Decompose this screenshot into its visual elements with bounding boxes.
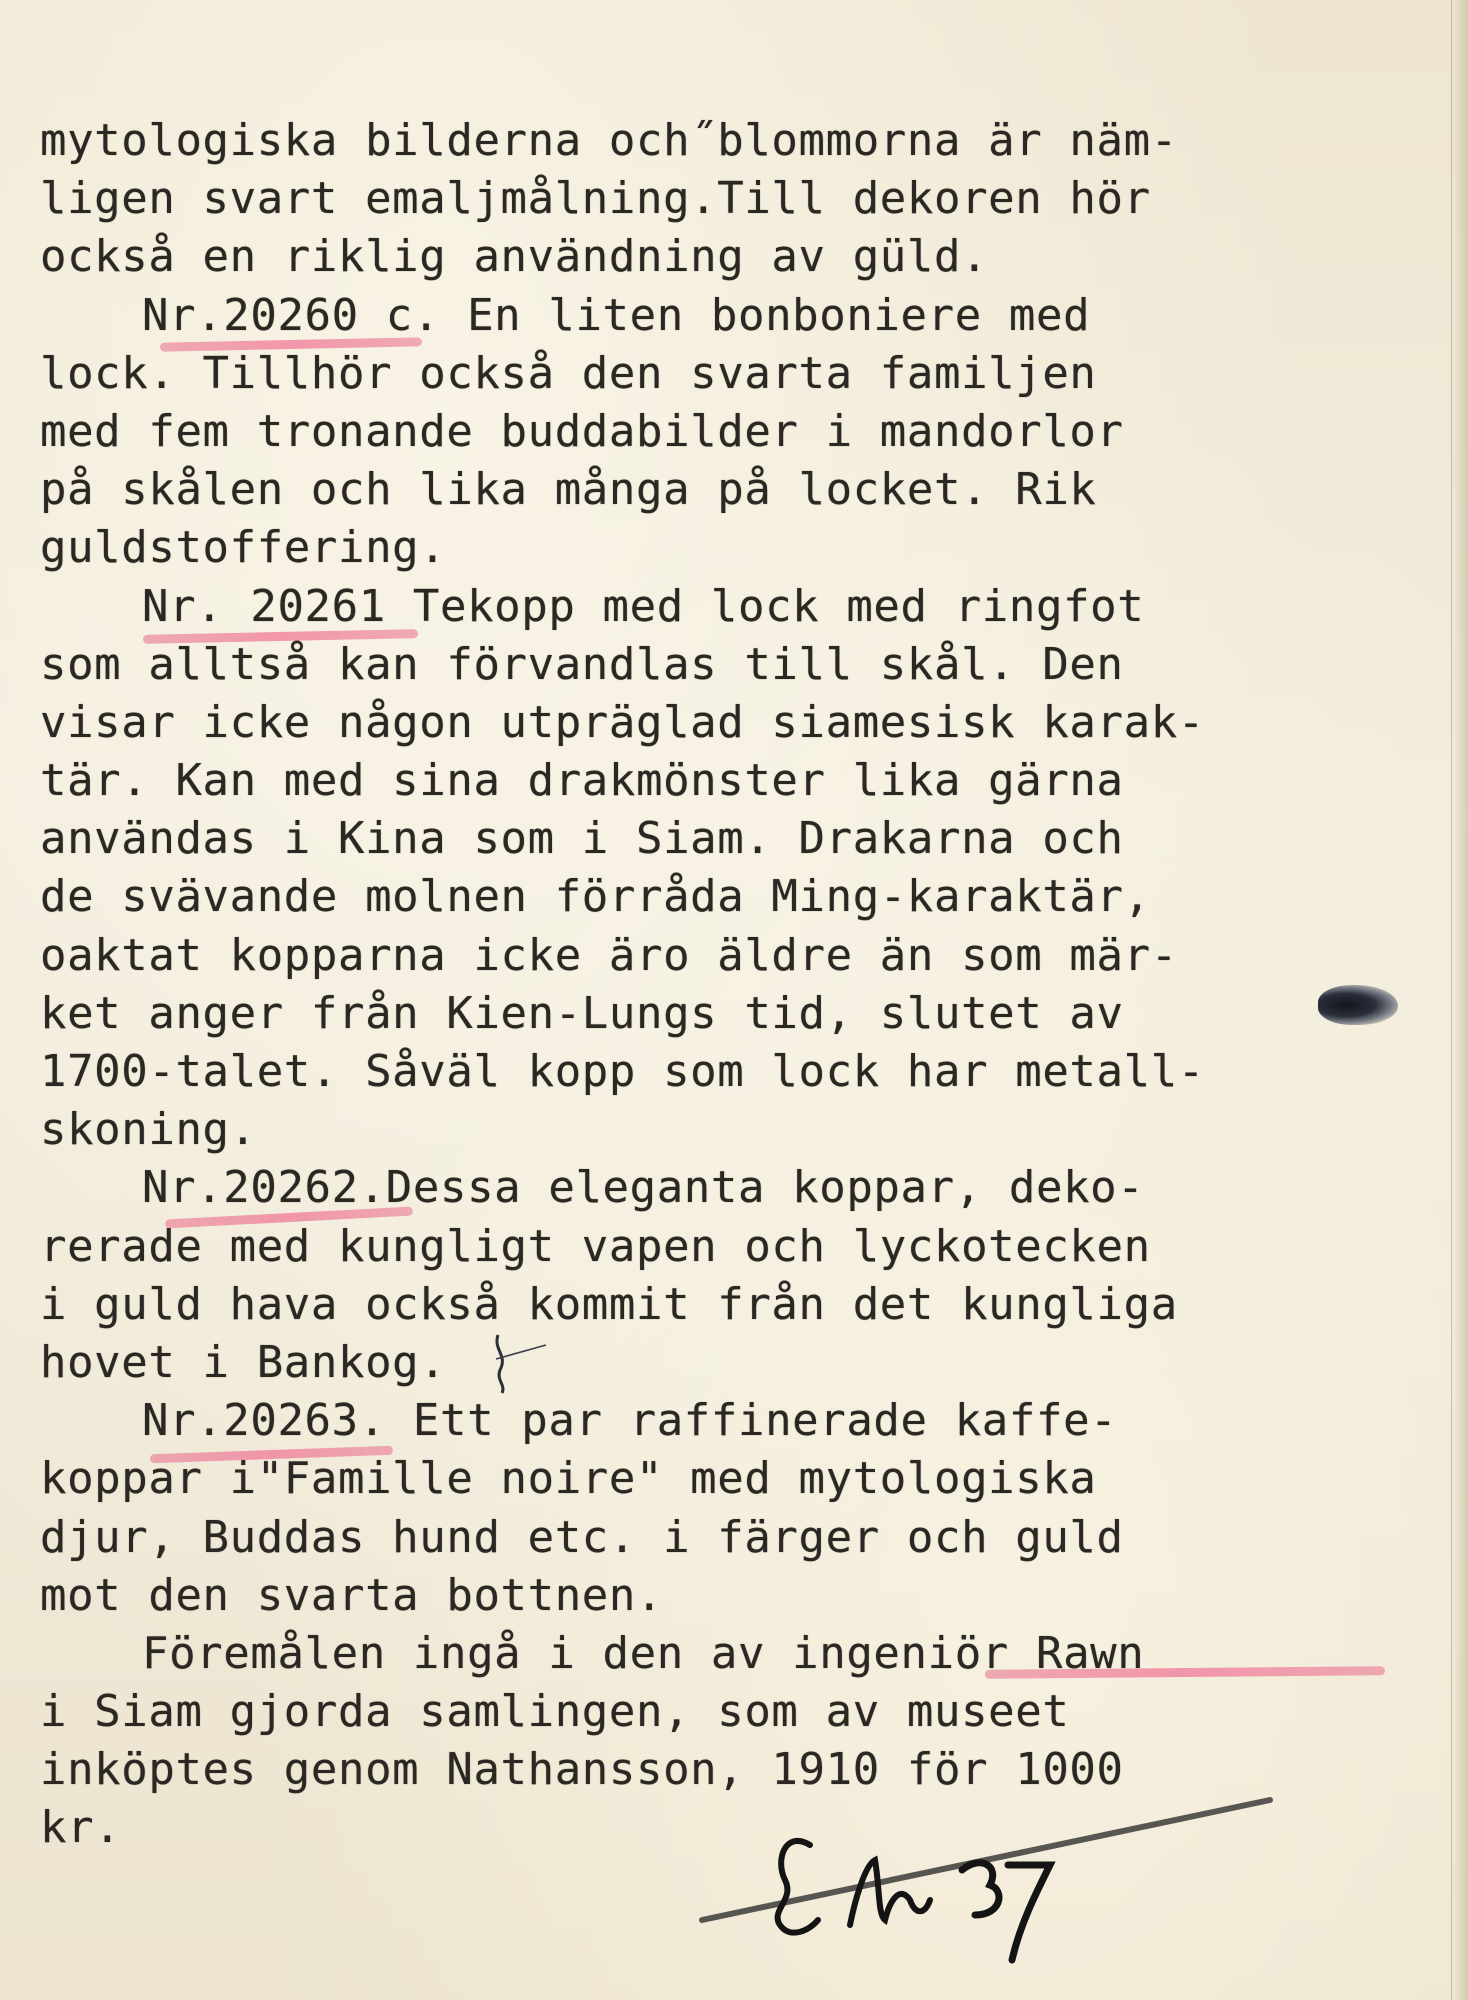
- text-line: skoning.: [40, 1101, 1460, 1159]
- text-line: visar icke någon utpräglad siamesisk kar…: [40, 694, 1460, 752]
- text-line: på skålen och lika många på locket. Rik: [40, 461, 1460, 519]
- handwritten-signature: [690, 1790, 1290, 1970]
- text-line: ket anger från Kien-Lungs tid, slutet av: [40, 985, 1460, 1043]
- text-line: lock. Tillhör också den svarta familjen: [40, 345, 1460, 403]
- text-line: guldstoffering.: [40, 519, 1460, 577]
- text-line: Nr.20262.Dessa eleganta koppar, deko-: [40, 1159, 1460, 1217]
- text-line: hovet i Bankog.: [40, 1334, 1460, 1392]
- document-page: mytologiska bilderna och˝blommorna är nä…: [0, 0, 1468, 2000]
- text-line: användas i Kina som i Siam. Drakarna och: [40, 810, 1460, 868]
- text-line: med fem tronande buddabilder i mandorlor: [40, 403, 1460, 461]
- text-line: oaktat kopparna icke äro äldre än som mä…: [40, 927, 1460, 985]
- text-line: tär. Kan med sina drakmönster lika gärna: [40, 752, 1460, 810]
- pen-correction-mark: [478, 1325, 548, 1395]
- text-line: Nr.20260 c. En liten bonboniere med: [40, 287, 1460, 345]
- text-line: mot den svarta bottnen.: [40, 1567, 1460, 1625]
- text-line: de svävande molnen förråda Ming-karaktär…: [40, 868, 1460, 926]
- text-line: i guld hava också kommit från det kungli…: [40, 1276, 1460, 1334]
- text-line: rerade med kungligt vapen och lyckotecke…: [40, 1218, 1460, 1276]
- ink-blot: [1318, 985, 1398, 1025]
- text-line: djur, Buddas hund etc. i färger och guld: [40, 1509, 1460, 1567]
- text-line: som alltså kan förvandlas till skål. Den: [40, 636, 1460, 694]
- text-line: mytologiska bilderna och˝blommorna är nä…: [40, 112, 1460, 170]
- text-line: i Siam gjorda samlingen, som av museet: [40, 1683, 1460, 1741]
- text-line: också en riklig användning av güld.: [40, 228, 1460, 286]
- text-line: Nr. 20261 Tekopp med lock med ringfot: [40, 578, 1460, 636]
- text-line: 1700-talet. Såväl kopp som lock har meta…: [40, 1043, 1460, 1101]
- text-line: ligen svart emaljmålning.Till dekoren hö…: [40, 170, 1460, 228]
- text-line: Nr.20263. Ett par raffinerade kaffe-: [40, 1392, 1460, 1450]
- typewritten-text: mytologiska bilderna och˝blommorna är nä…: [40, 112, 1460, 1858]
